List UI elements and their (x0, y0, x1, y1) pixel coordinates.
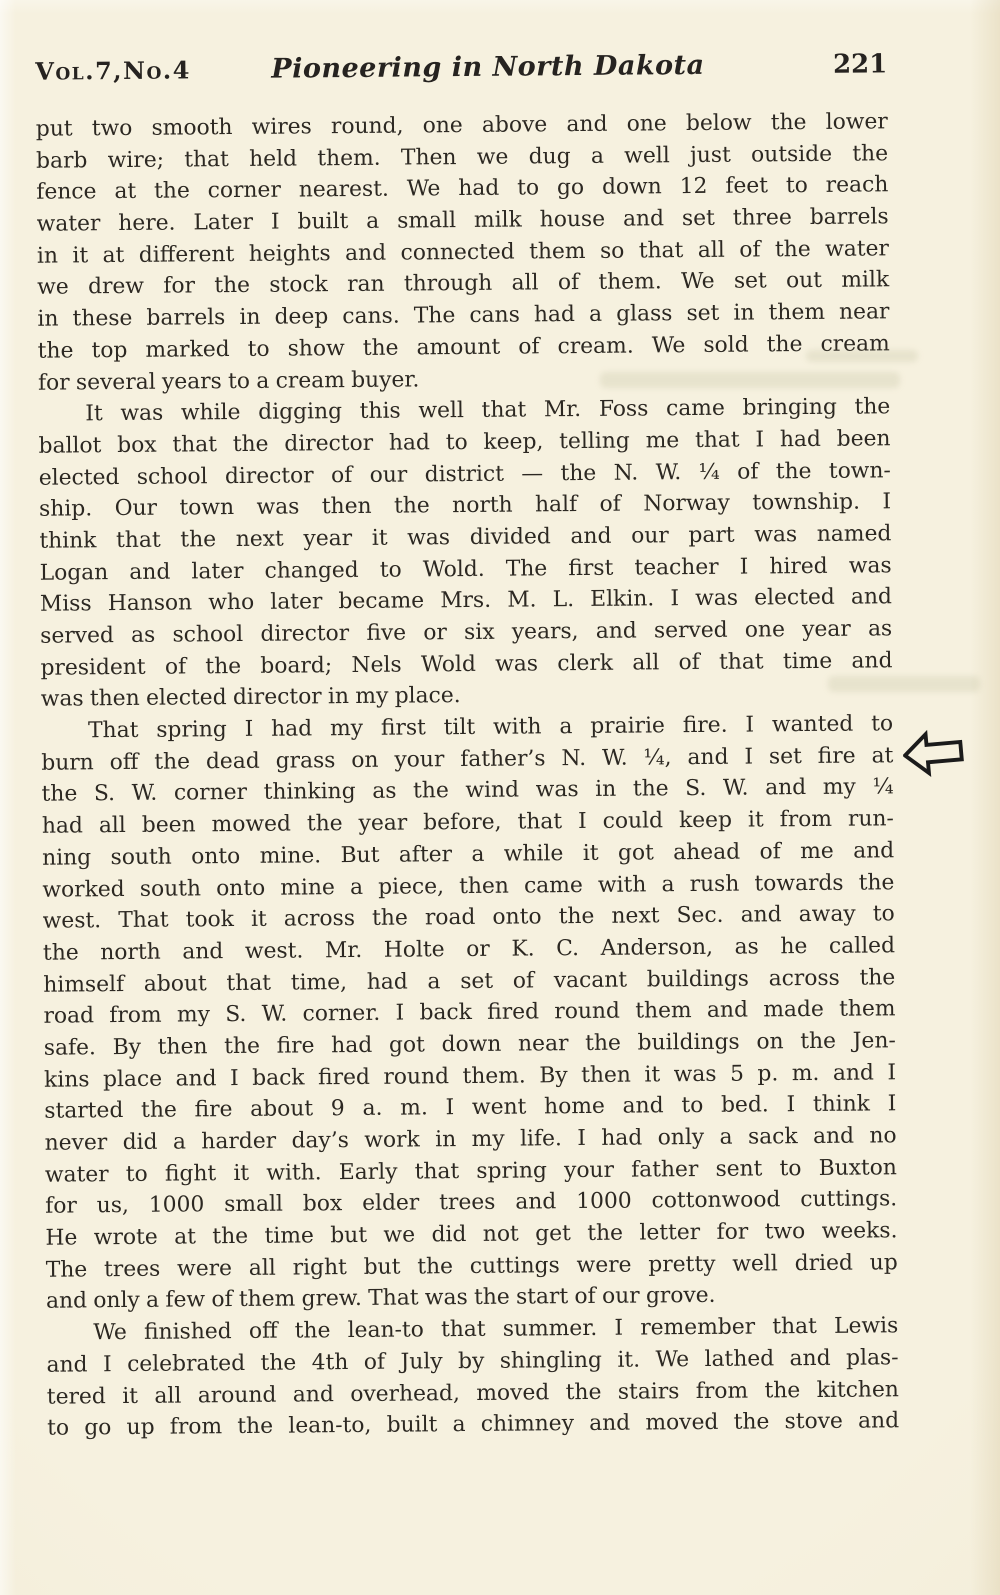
paragraph: put two smooth wires round, one above an… (36, 106, 890, 399)
show-through-artifact (828, 676, 980, 692)
running-header: Vol.7,No.4 Pioneering in North Dakota 22… (35, 48, 887, 86)
paragraph: That spring I had my first tilt with a p… (41, 708, 898, 1317)
page-content: Vol.7,No.4 Pioneering in North Dakota 22… (35, 48, 899, 1444)
page-title: Pioneering in North Dakota (271, 50, 705, 85)
show-through-artifact (600, 372, 900, 388)
show-through-artifact (806, 350, 918, 362)
page-number: 221 (833, 49, 888, 79)
text-line: to go up from the lean-to, built a chimn… (47, 1405, 899, 1444)
left-arrow-icon (901, 725, 967, 780)
paragraph: We finished off the lean-to that summer.… (46, 1310, 899, 1444)
volume-label: Vol.7,No.4 (35, 55, 191, 85)
scanned-page: Vol.7,No.4 Pioneering in North Dakota 22… (0, 0, 1000, 1595)
page-body: put two smooth wires round, one above an… (36, 106, 900, 1444)
paragraph: It was while digging this well that Mr. … (38, 391, 893, 715)
